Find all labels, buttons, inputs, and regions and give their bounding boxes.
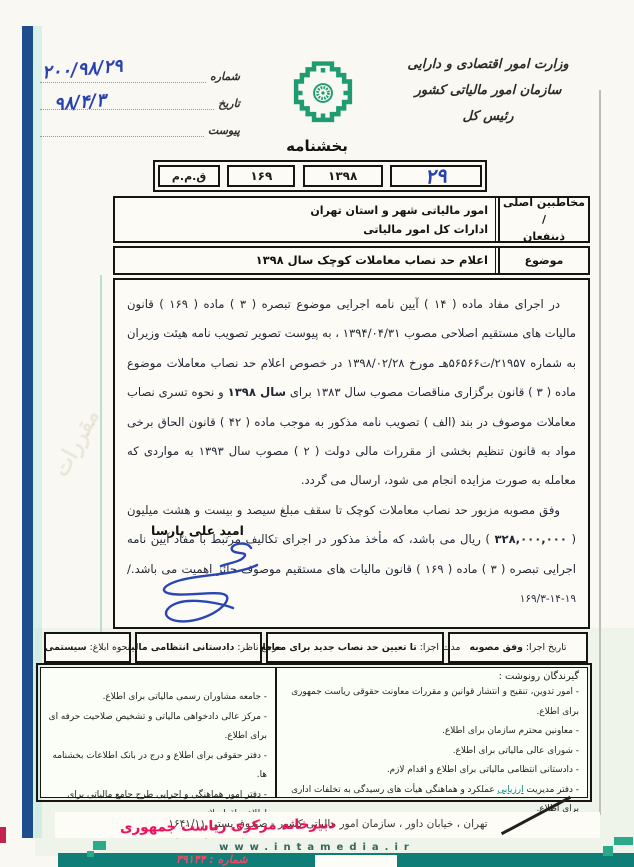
addressee-value-line2: ادارات کل امور مالیاتی (119, 220, 488, 239)
letterhead-ministry-block: وزارت امور اقتصادی و دارایی سازمان امور … (388, 52, 588, 130)
addressee-value-line1: امور مالیاتی شهر و استان تهران (119, 201, 488, 220)
cc-item: جامعه مشاوران رسمی مالیاتی برای اطلاع. (45, 688, 267, 708)
teal-corner-square (614, 837, 633, 845)
addressee-row: مخاطبین اصلی / ذینفعان امور مالیاتی شهر … (113, 196, 590, 243)
circular-body: در اجرای مفاد ماده ( ۱۴ ) آیین نامه اجرا… (113, 278, 590, 629)
notification-method-cell: نحوه ابلاغ: سیستمی (44, 632, 131, 663)
subject-label: موضوع (498, 248, 588, 273)
internal-ref-number: ۱۶۹/۳-۱۴-۱۹ (520, 593, 576, 605)
subject-row: موضوع اعلام حد نصاب معاملات کوچک سال ۱۳۹… (113, 246, 590, 275)
addressee-label: مخاطبین اصلی / ذینفعان (498, 198, 588, 241)
cc-header: گیرندگان رونوشت : (281, 671, 579, 682)
handwritten-number: ۲۰۰/۹۸/۲۹ (41, 56, 123, 84)
attachment-dotted-line (40, 109, 204, 137)
subject-value: اعلام حد نصاب معاملات کوچک سال ۱۳۹۸ (115, 248, 496, 273)
cc-item: شورای عالی مالیاتی برای اطلاع. (281, 742, 579, 762)
addressee-label-line2: ذینفعان (523, 228, 565, 245)
attachment-label: پیوست (208, 124, 240, 137)
teal-corner-square (603, 846, 613, 856)
circular-scan-page: قوانین و مقررات وزارت امور اقتصادی و دار… (0, 0, 634, 867)
copy-recipients-box: گیرندگان رونوشت : امور تدوین، تنقیح و ان… (40, 667, 588, 798)
cc-item: مرکز عالی دادخواهی مالیاتی و تشخیص صلاحی… (45, 708, 267, 747)
ministry-name: وزارت امور اقتصادی و دارایی (388, 52, 588, 78)
reference-number-strip: ۲۹ ۱۳۹۸ ۱۶۹ ق.م.م (153, 160, 487, 192)
cc-item: دادستانی انتظامی مالیاتی برای اطلاع و اق… (281, 761, 579, 781)
director-general-title: رئیس کل (388, 104, 588, 130)
ref-cell-article: ۱۶۹ (227, 165, 295, 187)
addressee-value: امور مالیاتی شهر و استان تهران ادارات کل… (115, 198, 496, 241)
watermark-text: مقررات (48, 405, 105, 481)
threshold-amount: ۳۲۸,۰۰۰,۰۰۰ (494, 532, 567, 546)
date-row: تاریخ ۹۸/۴/۳ (40, 83, 240, 110)
evaluation-office-link: ارزیابی (497, 785, 523, 795)
addressee-label-line1: مخاطبین اصلی / (500, 194, 588, 228)
cc-item: دفتر حقوقی برای اطلاع و درج در بانک اطلا… (45, 747, 267, 786)
teal-corner-square (93, 841, 106, 850)
number-label: شماره (210, 70, 240, 83)
cc-right-column: گیرندگان رونوشت : امور تدوین، تنقیح و ان… (275, 668, 587, 797)
date-label: تاریخ (218, 97, 240, 110)
document-type-title: بخشنامه (0, 137, 634, 155)
date-dotted-line: ۹۸/۴/۳ (40, 82, 214, 110)
execution-date-cell: تاریخ اجرا: وفق مصوبه (448, 632, 588, 663)
bold-year: سال ۱۳۹۸ (228, 385, 286, 399)
ref-cell-law-abbrev: ق.م.م (158, 165, 220, 187)
registration-serial-stamp: شماره : ۳۹۱۴۴ (176, 853, 248, 866)
attachment-row: پیوست (40, 110, 240, 137)
execution-info-strip: تاریخ اجرا: وفق مصوبه مدت اجرا: تا تعیین… (40, 632, 588, 663)
execution-duration-cell: مدت اجرا: تا تعیین حد نصاب جدید برای معا… (266, 632, 444, 663)
ref-cell-circular-number: ۲۹ (390, 165, 482, 187)
teal-corner-square (87, 851, 94, 857)
letterhead-number-block: شماره ۲۰۰/۹۸/۲۹ تاریخ ۹۸/۴/۳ پیوست (40, 56, 240, 137)
scan-fold-line (100, 275, 102, 640)
cc-item: امور تدوین، تنقیح و انتشار قوانین و مقرر… (281, 683, 579, 722)
number-row: شماره ۲۰۰/۹۸/۲۹ (40, 56, 240, 83)
supervising-authority-cell: مرجع ناظر: دادستانی انتظامی مالیاتی (135, 632, 262, 663)
cc-item: معاونین محترم سازمان برای اطلاع. (281, 722, 579, 742)
left-edge-red-mark (0, 827, 6, 843)
organization-name: سازمان امور مالیاتی کشور (388, 78, 588, 104)
paragraph-1: در اجرای مفاد ماده ( ۱۴ ) آیین نامه اجرا… (127, 290, 576, 496)
bottom-white-box (315, 855, 397, 867)
inta-tax-organization-logo (291, 60, 355, 126)
handwritten-signature (123, 532, 291, 642)
ref-cell-year: ۱۳۹۸ (303, 165, 383, 187)
number-dotted-line: ۲۰۰/۹۸/۲۹ (40, 55, 206, 83)
cc-left-column: جامعه مشاوران رسمی مالیاتی برای اطلاع. م… (41, 668, 275, 797)
